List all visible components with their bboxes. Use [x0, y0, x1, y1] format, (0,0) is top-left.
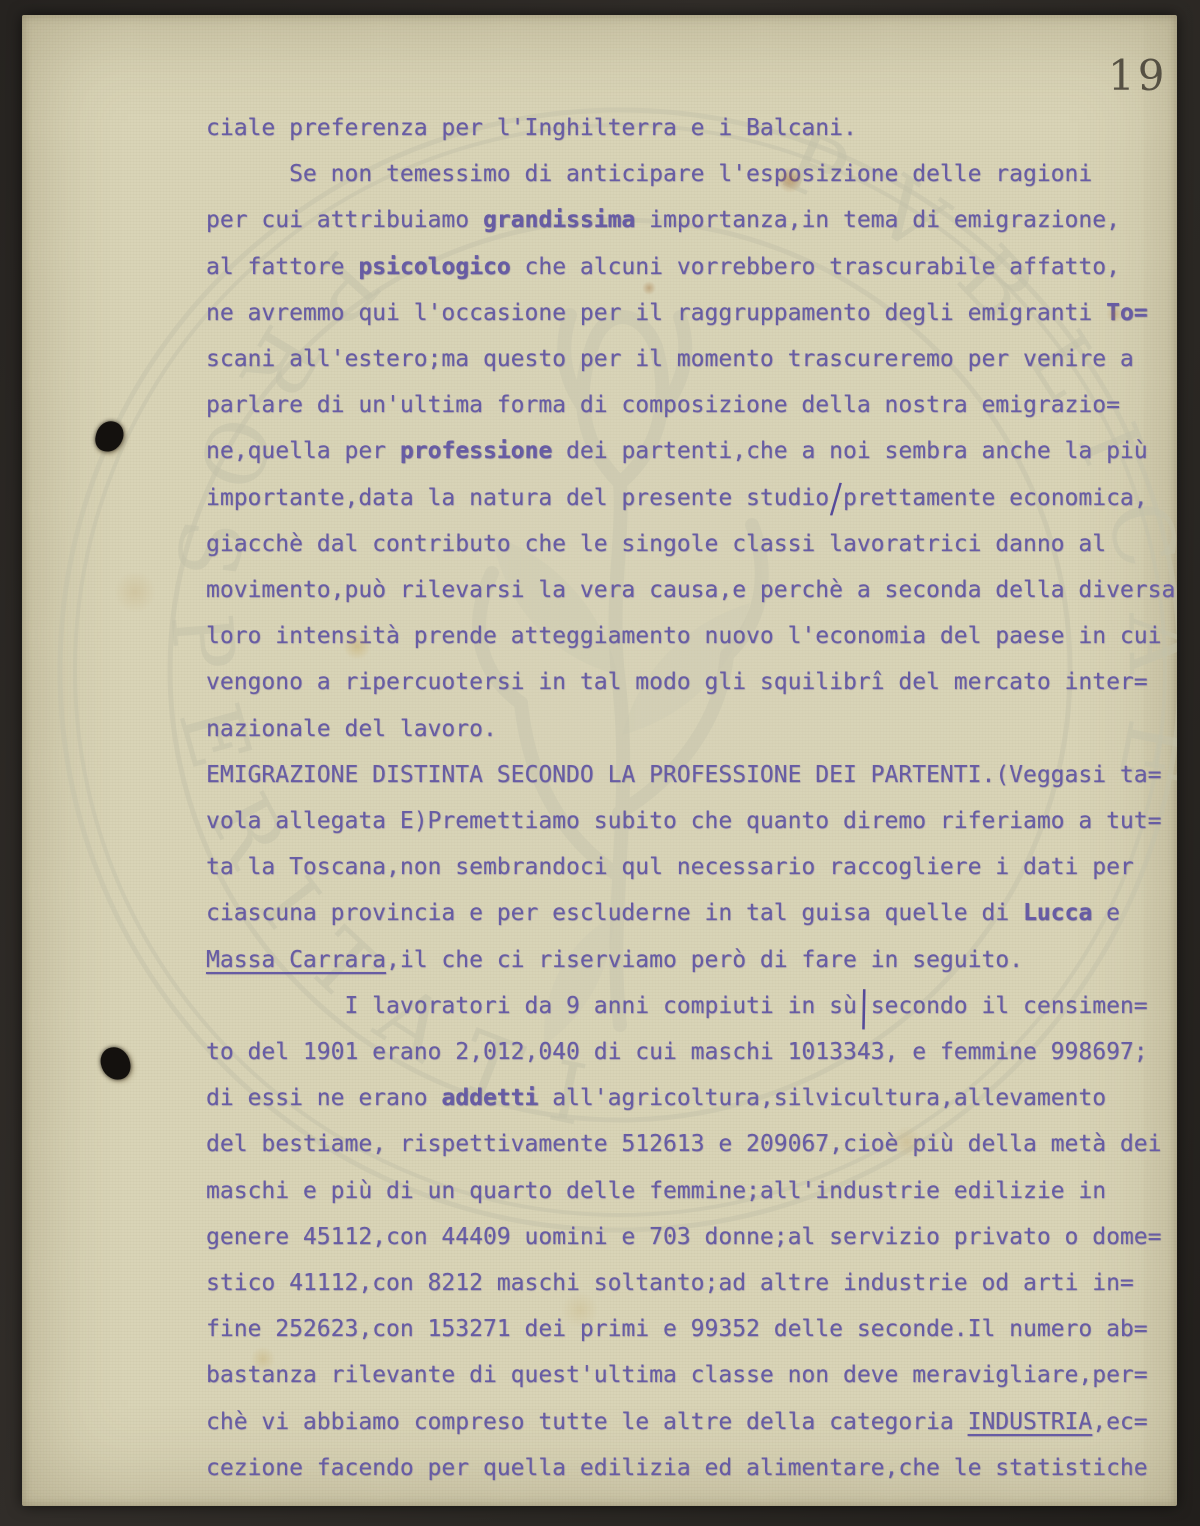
text-line: al fattore psicologico che alcuni vorreb…: [206, 244, 1151, 290]
text-line: del bestiame, rispettivamente 512613 e 2…: [206, 1121, 1151, 1167]
text-line: stico 41112,con 8212 maschi soltanto;ad …: [206, 1260, 1151, 1306]
document-page: PVBLICAE PROSPERITATI: [22, 15, 1177, 1506]
text-line: Se non temessimo di anticipare l'esposiz…: [206, 151, 1151, 197]
photo-background: PVBLICAE PROSPERITATI: [0, 0, 1200, 1526]
text-line: ta la Toscana,non sembrandoci qul necess…: [206, 844, 1151, 890]
text-line: movimento,può rilevarsi la vera causa,e …: [206, 567, 1151, 613]
text-line: nazionale del lavoro.: [206, 706, 1151, 752]
text-line: giacchè dal contributo che le singole cl…: [206, 521, 1151, 567]
text-line: I lavoratori da 9 anni compiuti in sù|se…: [206, 983, 1151, 1029]
text-line: cezione facendo per quella edilizia ed a…: [206, 1445, 1151, 1491]
text-line: to del 1901 erano 2,012,040 di cui masch…: [206, 1029, 1151, 1075]
text-line: per cui attribuiamo grandissima importan…: [206, 197, 1151, 243]
text-line: vengono a ripercuotersi in tal modo gli …: [206, 659, 1151, 705]
text-line: EMIGRAZIONE DISTINTA SECONDO LA PROFESSI…: [206, 752, 1151, 798]
text-line: bastanza rilevante di quest'ultima class…: [206, 1352, 1151, 1398]
text-line: genere 45112,con 44409 uomini e 703 donn…: [206, 1214, 1151, 1260]
pen-insertion-mark: /: [828, 459, 843, 541]
text-line: di essi ne erano addetti all'agricoltura…: [206, 1075, 1151, 1121]
text-line: maschi e più di un quarto delle femmine;…: [206, 1168, 1151, 1214]
text-line: Massa Carrara,il che ci riserviamo però …: [206, 937, 1151, 983]
text-line: parlare di un'ultima forma di composizio…: [206, 382, 1151, 428]
text-line: ciale preferenza per l'Inghilterra e i B…: [206, 105, 1151, 151]
text-line: chè vi abbiamo compreso tutte le altre d…: [206, 1399, 1151, 1445]
text-line: importante,data la natura del presente s…: [206, 475, 1151, 521]
text-line: ne avremmo qui l'occasione per il raggru…: [206, 290, 1151, 336]
pen-insertion-mark: |: [856, 967, 871, 1049]
text-line: scani all'estero;ma questo per il moment…: [206, 336, 1151, 382]
text-line: vola allegata E)Premettiamo subito che q…: [206, 798, 1151, 844]
typewritten-text: ciale preferenza per l'Inghilterra e i B…: [22, 15, 1177, 1491]
text-line: fine 252623,con 153271 dei primi e 99352…: [206, 1306, 1151, 1352]
text-line: ciascuna provincia e per escluderne in t…: [206, 890, 1151, 936]
text-line: ne,quella per professione dei partenti,c…: [206, 428, 1151, 474]
text-line: loro intensità prende atteggiamento nuov…: [206, 613, 1151, 659]
